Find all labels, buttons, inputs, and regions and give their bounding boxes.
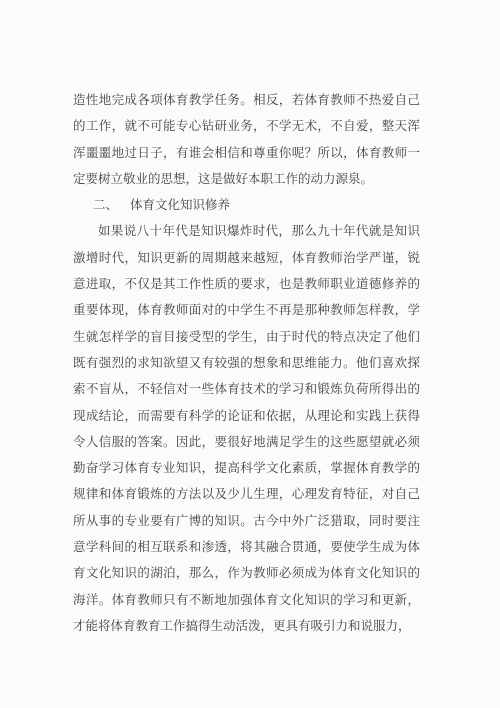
text-line: 索不盲从，不轻信对一些体育技术的学习和锻炼负荷所得出的 [73,376,420,402]
document-text-block: 造性地完成各项体育教学任务。相反，若体育教师不热爱自己的工作，就不可能专心钻研业… [73,87,420,639]
text-line: 海洋。体育教师只有不断地加强体育文化知识的学习和更新， [73,587,420,613]
text-line: 的工作，就不可能专心钻研业务，不学无术，不自爱，整天浑 [73,113,420,139]
text-line: 重要体现，体育教师面对的中学生不再是那种教师怎样教，学 [73,297,420,323]
section-heading-title: 体育文化知识修养 [130,192,230,218]
text-line: 意进取，不仅是其工作性质的要求，也是教师职业道德修养的 [73,271,420,297]
text-line: 所从事的专业要有广博的知识。古今中外广泛猎取，同时要注 [73,508,420,534]
text-line: 生就怎样学的盲目接受型的学生，由于时代的特点决定了他们 [73,324,420,350]
section-heading-number: 二、 [93,192,118,218]
text-line: 浑噩噩地过日子，有谁会相信和尊重你呢？所以，体育教师一 [73,140,420,166]
text-line: 意学科间的相互联系和渗透，将其融合贯通，要使学生成为体 [73,534,420,560]
text-line: 勤奋学习体育专业知识，提高科学文化素质，掌握体育教学的 [73,455,420,481]
text-line: 如果说八十年代是知识爆炸时代，那么九十年代就是知识 [73,218,420,244]
text-line: 规律和体育锻炼的方法以及少儿生理，心理发育特征，对自己 [73,481,420,507]
text-line: 现成结论，而需要有科学的论证和依据，从理论和实践上获得 [73,403,420,429]
section-heading: 二、体育文化知识修养 [73,192,420,218]
text-line: 令人信服的答案。因此，要很好地满足学生的这些愿望就必须 [73,429,420,455]
text-line: 才能将体育教育工作搞得生动活泼，更具有吸引力和说服力， [73,613,420,639]
text-line: 既有强烈的求知欲望又有较强的想象和思维能力。他们喜欢探 [73,350,420,376]
text-line: 育文化知识的湖泊，那么，作为教师必须成为体育文化知识的 [73,560,420,586]
text-line: 定要树立敬业的思想，这是做好本职工作的动力源泉。 [73,166,420,192]
text-line: 造性地完成各项体育教学任务。相反，若体育教师不热爱自己 [73,87,420,113]
document-page: 造性地完成各项体育教学任务。相反，若体育教师不热爱自己的工作，就不可能专心钻研业… [0,0,500,708]
text-line: 激增时代，知识更新的周期越来越短，体育教师治学严谨，锐 [73,245,420,271]
